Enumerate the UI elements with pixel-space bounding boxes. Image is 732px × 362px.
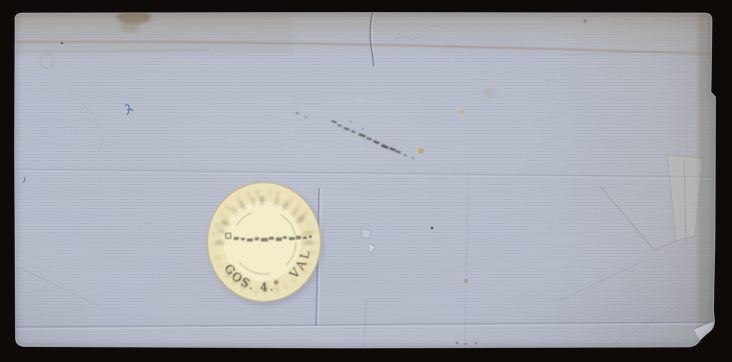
smudge-mark	[276, 237, 282, 241]
smudge-mark	[289, 237, 295, 240]
foxing-spot	[418, 148, 423, 153]
smudge-mark	[283, 236, 287, 239]
smudge-mark	[362, 128, 364, 129]
philatelic-photo: GOS. 4.° VAL GOS. 4.°	[0, 0, 732, 362]
smudge-mark	[303, 237, 307, 240]
foxing-spot	[460, 110, 464, 114]
top-stain-halo	[120, 21, 140, 33]
smudge-mark	[255, 237, 259, 240]
top-left-toning	[14, 12, 294, 54]
smudge-mark	[309, 235, 312, 238]
smudge-mark	[234, 237, 239, 240]
cover-photo-canvas: GOS. 4.° VAL GOS. 4.°	[0, 0, 732, 362]
envelope-back: GOS. 4.° VAL GOS. 4.°	[14, 10, 716, 348]
smudge-mark	[247, 238, 253, 241]
faint-tan-blotch	[483, 88, 497, 98]
smudge-mark	[350, 121, 352, 122]
smudge-mark	[296, 236, 301, 240]
smudge-mark	[261, 238, 268, 242]
foxing-spot	[583, 19, 586, 22]
smudge-mark	[269, 237, 274, 240]
smudge-mark	[241, 238, 245, 241]
dark-speck	[431, 227, 433, 229]
